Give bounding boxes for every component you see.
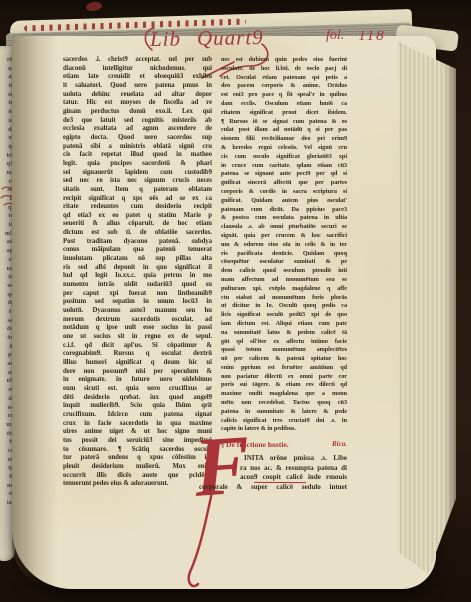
running-header: Lib Quart9 [150,25,264,52]
text-line: recipit significat q xps oēs ad se ex ca [63,195,212,204]
text-line: iam dictum est. Aliqui etiam cum pate [221,320,347,329]
text-line: merum dextrum sacerdotis osculat. ad [63,316,212,325]
text-line: dam ecclis. Osculum etiam hmōi ca [221,100,347,109]
left-text-column: sacerdos .i. christ9 acceptat. uel per s… [63,56,212,489]
text-line: mēto non recedebat. Tactus quoq cū3 [221,399,347,408]
text-line: sei signauerūt lapidem cum custodib9 [63,169,212,178]
right-text-column: nec est dubium quin pedes eius fuerintos… [221,56,347,434]
text-line: est eni3 pro pace q fit speal'r in quibu… [221,91,347,100]
text-line: notādum q ipse uult esse socius in passi [63,324,212,333]
folio-number-area: fol. 118 [326,28,386,45]
text-line: tatur. Hic est moyses de fiscella ad re [63,99,212,108]
text-line: uires anime uiget & ut hoc signo muni [63,428,212,437]
text-line: in enigmate. in futuro uero uidebimus [63,376,212,385]
finita-line-2: ra nos ac. & resumpta patena di [240,464,347,474]
text-line: non paciatur dilectū ex omni parte cor [221,373,347,382]
text-line: qd etia3 ex eo patet q statim Marie p [63,212,212,221]
text-line: positum sed sepatim in unum locū3 in [63,298,212,307]
running-title-part: Quart9 [197,25,264,51]
text-line: dictum est sub ti. de oblatiōe sacerdos. [63,229,212,238]
text-line: egipto docta. Quod uero sacerdos sup [63,134,212,143]
text-line: dem calicis quod osculum ptendit inti [221,267,347,276]
text-line: signāt. quia per crucem & hoc sacrifici [221,232,347,241]
text-line: crux in facie sacerdotis in qua maxime [63,420,212,429]
text-line: uolutū. Dyaconus aute3 manum seu hu [63,307,212,316]
text-line: osculate. de hoc li.bti. de osclo pacj d… [221,65,347,74]
text-line: tenuerunt pedes eius & adorauerunt. [63,480,212,489]
text-line: it saluatori. Quod uero patena pmus in [63,82,212,91]
text-line: ginam perductus domū exo.ii. Lex qui [63,108,212,117]
text-line: etiam late creuidit et obsequiū3 exhibu [63,73,212,82]
folio-label: fol. [326,28,344,45]
text-line: clausula .s. ab omni pturbatiōe securi s… [221,223,347,232]
text-line: nō per calicem & patenā spitatur hoc [221,355,347,364]
text-line: sionem filii recōciliamur deo pri erim9 [221,135,347,144]
text-line: ris pacificata denūcie. Quidam quoq [221,250,347,259]
text-line: culat post illam ad notādū q si per pas [221,126,347,135]
text-line: inuolutam plicatam nō sup pillas alta [63,255,212,264]
text-line: quasi totum monumētum amplectētes [221,346,347,355]
text-line: ris sed albi deponit in quo significat i… [63,264,212,273]
finita-line-1: INITA orōne pmissa .s. Libe [244,454,347,464]
text-line: corporis & cordis in sacra scriptura si [221,188,347,197]
text-line: ritate redeuntes cum desiderio recipit [63,203,212,212]
text-line: in cruce cum caritate. qdam etiam cū3 [221,162,347,171]
text-line: dere non possum9 nisi per speculum & [63,368,212,377]
text-line: poris sui tāgere. & etiam res dilecti qd [221,381,347,390]
text-line: maxime ondit magdalena que a monu [221,390,347,399]
text-line: gnificat sincerā affectū que per partes [221,179,347,188]
text-line: tus possit dei seruiciū3 sine impedimē [63,437,212,446]
finita-line-4: corporale & super calicē sedulo intuet [199,483,347,493]
text-line: coregnabim9. Rursus q osculat dextrū [63,350,212,359]
text-line: c.i.f. qd dicit apl'us. Si cōpatimur & [63,342,212,351]
text-line: gūt qd sil'iter ex affectu intimo facie [221,338,347,347]
text-line: ritatem significat prout dicet ibidem. [221,109,347,118]
text-line: licis significat osculū pedū3 xpi de quo [221,311,347,320]
text-line: cōsequētur osculatur sumitati & pe [221,258,347,267]
text-line: illius humeri significat q deum hic ui [63,359,212,368]
text-line: sed nec ro ista nec signum crucis neces [63,177,212,186]
text-line: occurrit illis dicēs auete que pcidētes [63,472,212,481]
fore-edge-page-stack [398,42,456,579]
text-line: pulturam xpi. exēplo magdalene q affe [221,285,347,294]
text-line: tur paterā ondens q xpus cōfestim im [63,454,212,463]
text-line: um & odorem eius oīa in celis & in ter [221,241,347,250]
text-line: ut dicitur in Io. Osculū quoq pedis ca [221,302,347,311]
text-line: lud qd legit Io.xx.c. quia petrus in mo [63,272,212,281]
text-line: de3 que latuit sed cognitis misteriis ab [63,117,212,126]
text-line: gnificat. Quidam autem pius osculat' [221,197,347,206]
text-line: sitatis sunt. Item q pateram oblatam [63,186,212,195]
text-line: & heredes regni celestis. Vel signū cru [221,144,347,153]
text-line: dēti desiderio qrebat. iux quod angel9 [63,394,212,403]
text-line: patenā sibi a ministris oblatā signū cru [63,143,212,152]
text-line: Post traditam dyacono patenā. subdya [63,238,212,247]
text-line: ctu stabat ad monumētum foris plorās [221,294,347,303]
text-line: legit. quia pncipes sacerdotū & phari [63,160,212,169]
text-line: & postea cum osculata patena in ultia [221,214,347,223]
text-line: crucifixum. Idcirco cum patena signat [63,411,212,420]
book-photo: rūn.aliēsēteioiadīoligb9q3m.risuliq'tcle… [0,0,471,602]
text-line: patena in summitate & latere & pede [221,408,347,417]
text-line: cet. Osculat etiam patenam qsi petis a [221,74,347,83]
folio-number: 118 [358,28,385,45]
text-line: sacerdos .i. christ9 acceptat. uel per s… [63,56,212,65]
text-line: nec est dubium quin pedes eius fuerint [221,56,347,65]
text-line: diaconū intelligitur nichodemus. qui [63,65,212,74]
text-line: seueriti & alius cōparuit. de hoc etiam [63,220,212,229]
text-line: one ut socius sit in regno ex de sepul. [63,333,212,342]
text-line: uoluta dehinc reuelata ad altar depor [63,91,212,100]
text-line: deo pacem corporis & anime. Orādus [221,82,347,91]
text-line: mam affectum ad monumētum seu se [221,276,347,285]
text-line: na summitatē latus & pedem calicē tā [221,329,347,338]
text-line: ecclesia exaltata ad agnm ascendere de [63,125,212,134]
text-line: patena se signant ante pect9 per qd si [221,170,347,179]
running-title-book: Lib [150,26,181,52]
text-line: per caput xpi fuerat non lintheamib9 [63,290,212,299]
chapter-heading-ref: Rica. [332,440,347,449]
text-line: pleuit desiderium mulierū. Mox enim [63,463,212,472]
red-underline [254,481,306,483]
text-line: cis cum osculo significat gloriatiō3 xpi [221,153,347,162]
text-line: enim pprium est feruēter amātium qd [221,364,347,373]
red-edge-mark [85,1,102,12]
text-line: eum sicuti est. quia uero crucifixus ar [63,385,212,394]
text-line: to cōsumare. ¶ Scātiq sacerdos oscula [63,446,212,455]
text-line: cis facit repetat illud quod in matheo [63,151,212,160]
text-line: ¶ Rursus iō se signat cum patena & os [221,118,347,127]
text-line: numento intrās uidit sudariū3 quod su [63,281,212,290]
text-line: patenam cum dicūt. Da ppicius pace3 [221,206,347,215]
text-line: inquit mulierib9. Scio quia Ihūm qrit [63,402,212,411]
text-line: conus māipulam qua patenū tenuerat [63,246,212,255]
